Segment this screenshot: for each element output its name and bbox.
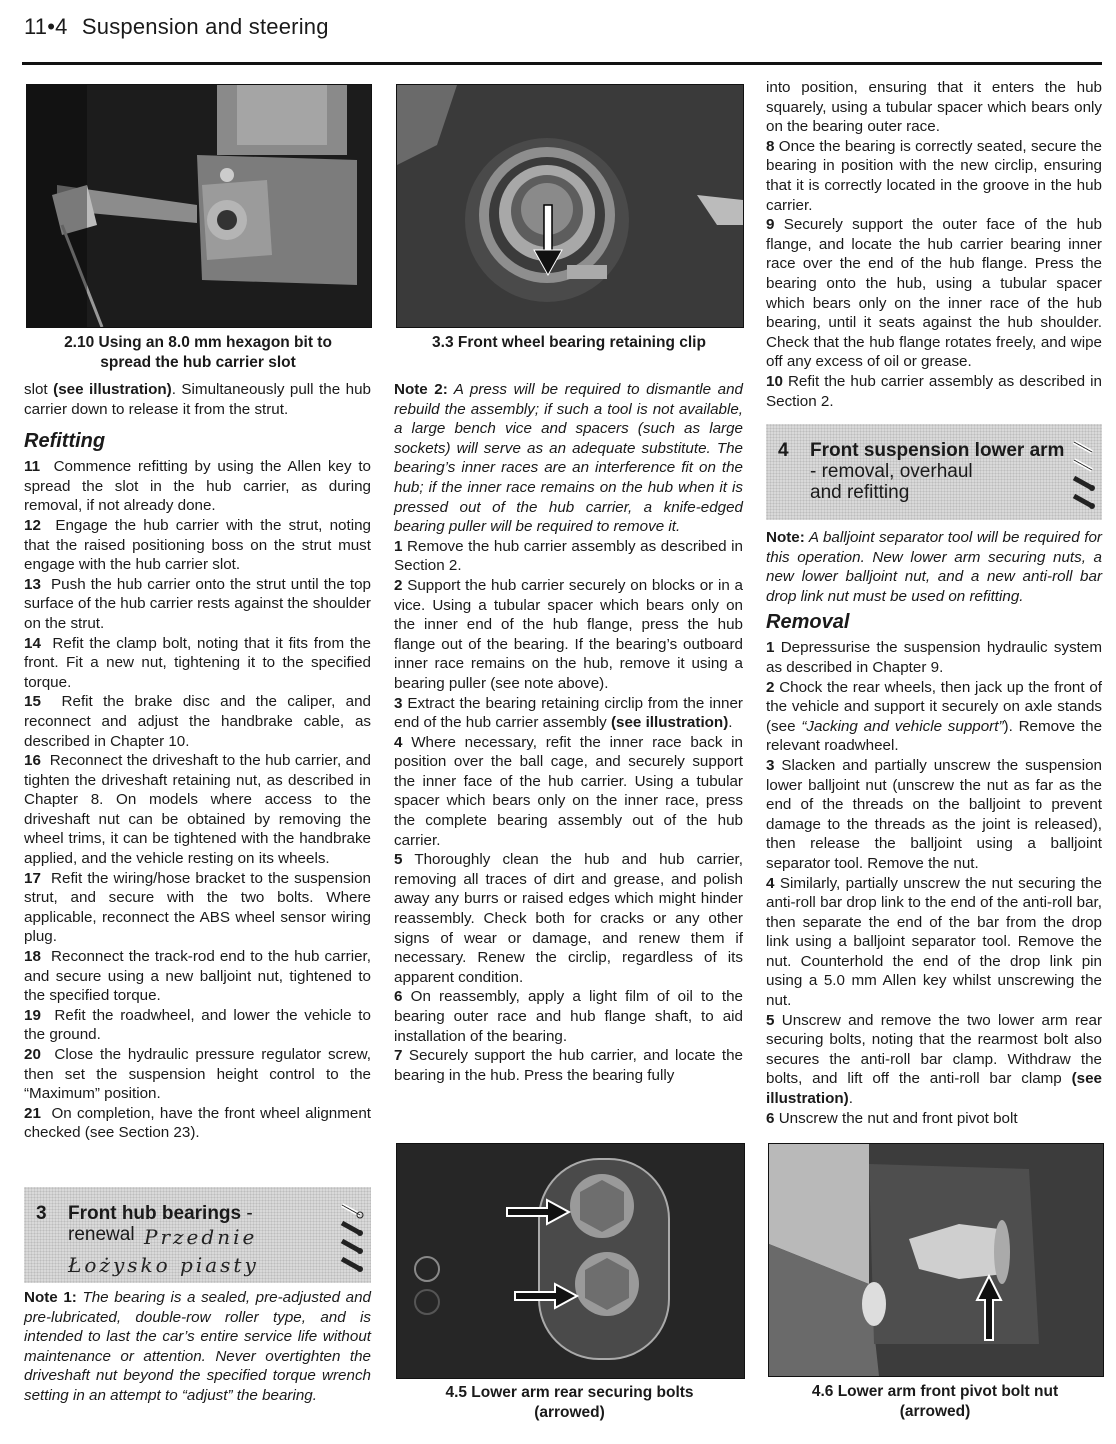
illustration-ref: (see illustration) bbox=[53, 381, 172, 398]
illustration-ref: (see illustration) bbox=[611, 714, 728, 731]
note-section-4: Note: A balljoint separator tool will be… bbox=[766, 528, 1102, 606]
step: 21 On completion, have the front wheel a… bbox=[24, 1104, 371, 1143]
step: 6 Unscrew the nut and front pivot bolt bbox=[766, 1109, 1102, 1129]
subheading-refitting: Refitting bbox=[24, 429, 371, 453]
step: 17 Refit the wiring/hose bracket to the … bbox=[24, 869, 371, 947]
column-3-lower: Note: A balljoint separator tool will be… bbox=[766, 528, 1102, 1128]
step: 5 Thoroughly clean the hub and hub carri… bbox=[394, 850, 743, 987]
header-rule bbox=[22, 62, 1102, 65]
step: 3 Slacken and partially unscrew the susp… bbox=[766, 756, 1102, 874]
step: 14 Refit the clamp bolt, noting that it … bbox=[24, 634, 371, 693]
handwritten-note: Przednie bbox=[144, 1225, 257, 1249]
spanner-rating-icon bbox=[1068, 434, 1098, 514]
section-3-heading: 3 Front hub bearings - renewal Przednie … bbox=[24, 1187, 371, 1283]
pivot-bolt-photo-icon bbox=[769, 1144, 1103, 1376]
chapter-title: Suspension and steering bbox=[82, 14, 329, 39]
photo-4-6 bbox=[768, 1143, 1104, 1377]
step: 4 Similarly, partially unscrew the nut s… bbox=[766, 874, 1102, 1011]
rear-bolts-photo-icon bbox=[397, 1144, 744, 1378]
caption-4-6: 4.6 Lower arm front pivot bolt nut (arro… bbox=[768, 1382, 1102, 1421]
continuation-text: into position, ensuring that it enters t… bbox=[766, 78, 1102, 137]
wheel-bearing-photo-icon bbox=[397, 85, 743, 327]
step: 2 Support the hub carrier securely on bl… bbox=[394, 576, 743, 694]
section-4-heading: 4 Front suspension lower arm - removal, … bbox=[766, 424, 1102, 520]
photo-3-3 bbox=[396, 84, 744, 328]
note-2: Note 2: A press will be required to dism… bbox=[394, 380, 743, 537]
step: 8 Once the bearing is correctly seated, … bbox=[766, 137, 1102, 215]
step: 11 Commence refitting by using the Allen… bbox=[24, 457, 371, 516]
subheading-removal: Removal bbox=[766, 610, 1102, 634]
handwritten-note: Łożysko piasty bbox=[68, 1253, 259, 1277]
section-title: Front suspension lower arm - removal, ov… bbox=[810, 440, 1064, 503]
step: 3 Extract the bearing retaining circlip … bbox=[394, 694, 743, 733]
page-number: 11•4 bbox=[24, 14, 68, 39]
paragraph-intro: slot (see illustration). Simultaneously … bbox=[24, 380, 371, 419]
column-3: into position, ensuring that it enters t… bbox=[766, 78, 1102, 411]
section-number: 3 bbox=[36, 1203, 47, 1225]
step: 5 Unscrew and remove the two lower arm r… bbox=[766, 1011, 1102, 1109]
caption-4-5: 4.5 Lower arm rear securing bolts (arrow… bbox=[396, 1383, 743, 1422]
spanner-rating-icon bbox=[336, 1197, 366, 1277]
step: 13 Push the hub carrier onto the strut u… bbox=[24, 575, 371, 634]
caption-3-3: 3.3 Front wheel bearing retaining clip bbox=[396, 333, 742, 353]
column-1: slot (see illustration). Simultaneously … bbox=[24, 380, 371, 1143]
column-2: Note 2: A press will be required to dism… bbox=[394, 380, 743, 1085]
caption-2-10: 2.10 Using an 8.0 mm hexagon bit to spre… bbox=[26, 333, 370, 372]
hub-carrier-photo-icon bbox=[27, 85, 371, 327]
step: 16 Reconnect the driveshaft to the hub c… bbox=[24, 751, 371, 869]
step: 7 Securely support the hub carrier, and … bbox=[394, 1046, 743, 1085]
step: 15 Refit the brake disc and the caliper,… bbox=[24, 692, 371, 751]
photo-2-10 bbox=[26, 84, 372, 328]
step: 6 On reassembly, apply a light film of o… bbox=[394, 987, 743, 1046]
step: 19 Refit the roadwheel, and lower the ve… bbox=[24, 1006, 371, 1045]
step: 10 Refit the hub carrier assembly as des… bbox=[766, 372, 1102, 411]
section-number: 4 bbox=[778, 440, 789, 462]
step: 2 Chock the rear wheels, then jack up th… bbox=[766, 678, 1102, 756]
note-1: Note 1: The bearing is a sealed, pre-adj… bbox=[24, 1288, 371, 1406]
step: 1 Remove the hub carrier assembly as des… bbox=[394, 537, 743, 576]
step: 18 Reconnect the track-rod end to the hu… bbox=[24, 947, 371, 1006]
step: 1 Depressurise the suspension hydraulic … bbox=[766, 638, 1102, 677]
photo-4-5 bbox=[396, 1143, 745, 1379]
step: 20 Close the hydraulic pressure regulato… bbox=[24, 1045, 371, 1104]
step: 12 Engage the hub carrier with the strut… bbox=[24, 516, 371, 575]
step: 4 Where necessary, refit the inner race … bbox=[394, 733, 743, 851]
step: 9 Securely support the outer face of the… bbox=[766, 215, 1102, 372]
page-header: 11•4 Suspension and steering bbox=[24, 14, 329, 40]
